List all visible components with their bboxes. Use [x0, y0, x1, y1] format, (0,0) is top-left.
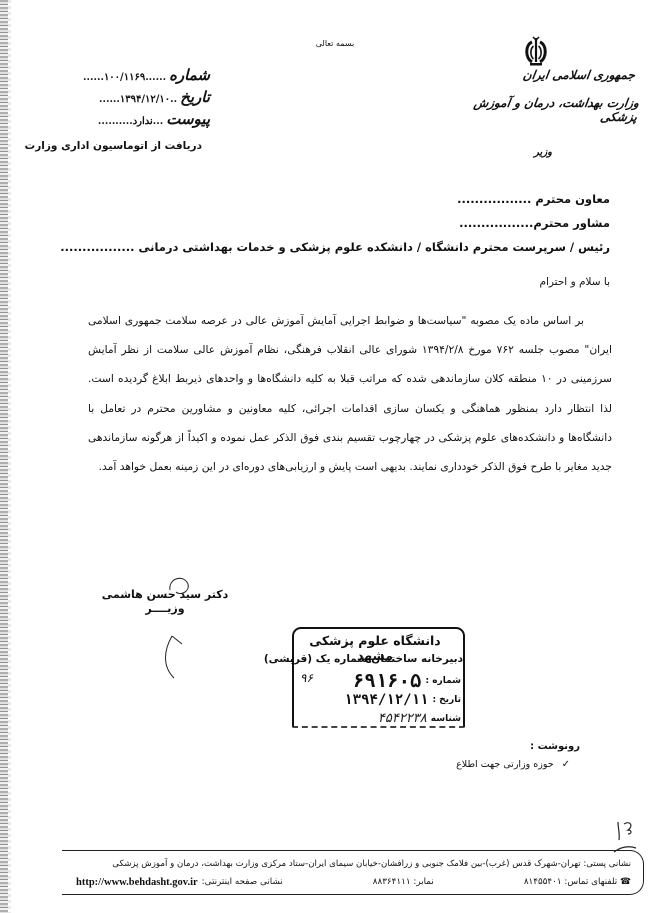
scan-edge-shadow: [8, 0, 11, 913]
reference-number-row: شماره ......۱۰۰/۱۱۶۹......: [62, 66, 210, 88]
checkmark-icon: ✓: [562, 759, 570, 770]
invocation-text: بسمه تعالی: [290, 39, 380, 48]
signature-scribble-icon: [150, 570, 210, 680]
stamp-date-label: تاریخ :: [432, 695, 461, 705]
cc-item-text: حوزه وزارتی جهت اطلاع: [456, 759, 554, 770]
reference-number-value: ......۱۰۰/۱۱۶۹......: [62, 72, 169, 83]
cc-label: رونوشت :: [520, 741, 580, 752]
stamp-subtitle: دبیرخانه ساختمان شماره یک (قریشی): [292, 653, 463, 665]
org-name-line1: جمهوری اسلامی ایران: [504, 68, 636, 82]
stamp-id-label: شناسه: [431, 714, 461, 724]
footer-fax: نمابر: ۸۸۳۶۴۱۱۱: [373, 877, 434, 888]
registry-stamp: دانشگاه علوم پزشکی مشهد دبیرخانه ساختمان…: [292, 627, 465, 728]
cc-item: ✓ حوزه وزارتی جهت اطلاع: [440, 759, 570, 770]
signatory-name: دکتر سید حسن هاشمی: [100, 588, 230, 601]
signatory-title: وزیــــر: [100, 602, 230, 615]
scan-edge: [0, 0, 8, 913]
footer-contact-row: ☎ تلفنهای تماس: ۸۱۴۵۵۴۰۱ نمابر: ۸۸۳۶۴۱۱۱…: [76, 877, 631, 888]
footer-web-label: نشانی صفحه اینترنتی:: [202, 877, 283, 888]
reference-block: شماره ......۱۰۰/۱۱۶۹...... تاریخ ..۱۳۹۴/…: [62, 66, 210, 132]
received-note: دریافت از اتوماسیون اداری وزارت: [62, 140, 202, 152]
footer-website-link[interactable]: http://www.behdasht.gov.ir: [76, 877, 198, 888]
stamp-number-row: شماره : ۶۹۱۶۰۵: [353, 670, 461, 692]
footer-web: http://www.behdasht.gov.ir نشانی صفحه ای…: [76, 877, 283, 888]
addressee-advisor: مشاور محترم.................: [90, 216, 610, 230]
letter-body: بر اساس ماده یک مصوبه "سیاست‌ها و ضوابط …: [88, 306, 612, 481]
org-name-line2: وزارت بهداشت، درمان و آموزش پزشکی: [456, 96, 640, 124]
reference-date-row: تاریخ ..۱۳۹۴/۱۲/۱۰......: [62, 88, 210, 110]
reference-attachment-row: پیوست ...ندارد..........: [62, 110, 210, 132]
stamp-date-value: ۱۳۹۴/۱۲/۱۱: [344, 692, 428, 708]
iran-emblem-icon: [519, 36, 553, 68]
addressee-deputy: معاون محترم .................: [90, 192, 610, 206]
reference-date-value: ..۱۳۹۴/۱۲/۱۰......: [62, 94, 180, 105]
stamp-id-row: شناسه ۴۵۴۲۲۳۸: [378, 711, 461, 726]
letterhead-footer: نشانی پستی: تهران-شهرک قدس (غرب)-بین فلا…: [62, 850, 644, 895]
stamp-handwritten-note: ۹۶: [300, 671, 313, 685]
addressee-university-head: رئیس / سرپرست محترم دانشگاه / دانشکده عل…: [90, 240, 610, 254]
stamp-id-value: ۴۵۴۲۲۳۸: [378, 711, 427, 726]
stamp-number-value: ۶۹۱۶۰۵: [353, 670, 422, 692]
footer-postal-address: نشانی پستی: تهران-شهرک قدس (غرب)-بین فلا…: [112, 859, 631, 869]
stamp-date-row: تاریخ : ۱۳۹۴/۱۲/۱۱: [344, 692, 461, 708]
greeting: با سلام و احترام: [420, 276, 610, 288]
reference-attachment-label: پیوست: [166, 110, 210, 128]
reference-number-label: شماره: [169, 66, 210, 84]
office-label: وزیر: [528, 147, 558, 158]
reference-attachment-value: ...ندارد..........: [62, 116, 166, 127]
footer-phone: ☎ تلفنهای تماس: ۸۱۴۵۵۴۰۱: [524, 877, 631, 888]
reference-date-label: تاریخ: [180, 88, 210, 106]
letter-body-text: بر اساس ماده یک مصوبه "سیاست‌ها و ضوابط …: [88, 314, 612, 473]
stamp-number-label: شماره :: [426, 676, 462, 686]
